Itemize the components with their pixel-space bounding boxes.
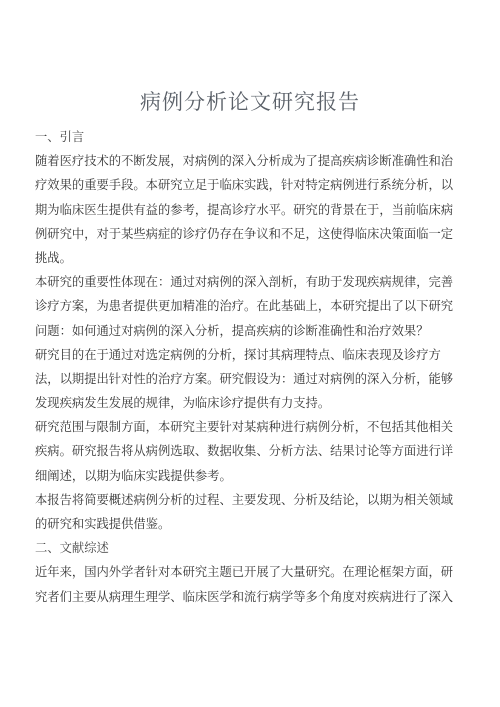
paragraph-line: 本研究的重要性体现在：通过对病例的深入剖析，有助于发现疾病规律，完善	[35, 270, 465, 294]
paragraph-line: 近年来，国内外学者针对本研究主题已开展了大量研究。在理论框架方面，研	[35, 560, 465, 584]
paragraph-line: 本报告将简要概述病例分析的过程、主要发现、分析及结论，以期为相关领域	[35, 488, 465, 512]
paragraph-line: 究者们主要从病理生理学、临床医学和流行病学等多个角度对疾病进行了深入	[35, 585, 465, 609]
paragraph-line: 细阐述，以期为临床实践提供参考。	[35, 464, 465, 488]
paragraph-line: 疾病。研究报告将从病例选取、数据收集、分析方法、结果讨论等方面进行详	[35, 439, 465, 463]
paragraph-line: 期为临床医生提供有益的参考，提高诊疗水平。研究的背景在于，当前临床病	[35, 198, 465, 222]
paragraph-line: 随着医疗技术的不断发展，对病例的深入分析成为了提高疾病诊断准确性和治	[35, 149, 465, 173]
document-title: 病例分析论文研究报告	[0, 86, 500, 116]
section-heading: 一、引言	[35, 125, 465, 149]
paragraph-line: 例研究中，对于某些病症的诊疗仍存在争议和不足，这使得临床决策面临一定	[35, 222, 465, 246]
document-body: 一、引言 随着医疗技术的不断发展，对病例的深入分析成为了提高疾病诊断准确性和治 …	[35, 125, 465, 609]
paragraph-line: 法，以期提出针对性的治疗方案。研究假设为：通过对病例的深入分析，能够	[35, 367, 465, 391]
paragraph-line: 挑战。	[35, 246, 465, 270]
paragraph-line: 研究目的在于通过对选定病例的分析，探讨其病理特点、临床表现及诊疗方	[35, 343, 465, 367]
paragraph-line: 的研究和实践提供借鉴。	[35, 512, 465, 536]
paragraph-line: 问题：如何通过对病例的深入分析，提高疾病的诊断准确性和治疗效果？	[35, 319, 465, 343]
paragraph-line: 诊疗方案，为患者提供更加精准的治疗。在此基础上，本研究提出了以下研究	[35, 294, 465, 318]
paragraph-line: 发现疾病发生发展的规律，为临床诊疗提供有力支持。	[35, 391, 465, 415]
document-page: 病例分析论文研究报告 一、引言 随着医疗技术的不断发展，对病例的深入分析成为了提…	[0, 0, 500, 707]
section-introduction: 一、引言 随着医疗技术的不断发展，对病例的深入分析成为了提高疾病诊断准确性和治 …	[35, 125, 465, 536]
section-heading: 二、文献综述	[35, 536, 465, 560]
paragraph-line: 疗效果的重要手段。本研究立足于临床实践，针对特定病例进行系统分析，以	[35, 173, 465, 197]
paragraph-line: 研究范围与限制方面，本研究主要针对某病种进行病例分析，不包括其他相关	[35, 415, 465, 439]
section-literature-review: 二、文献综述 近年来，国内外学者针对本研究主题已开展了大量研究。在理论框架方面，…	[35, 536, 465, 609]
